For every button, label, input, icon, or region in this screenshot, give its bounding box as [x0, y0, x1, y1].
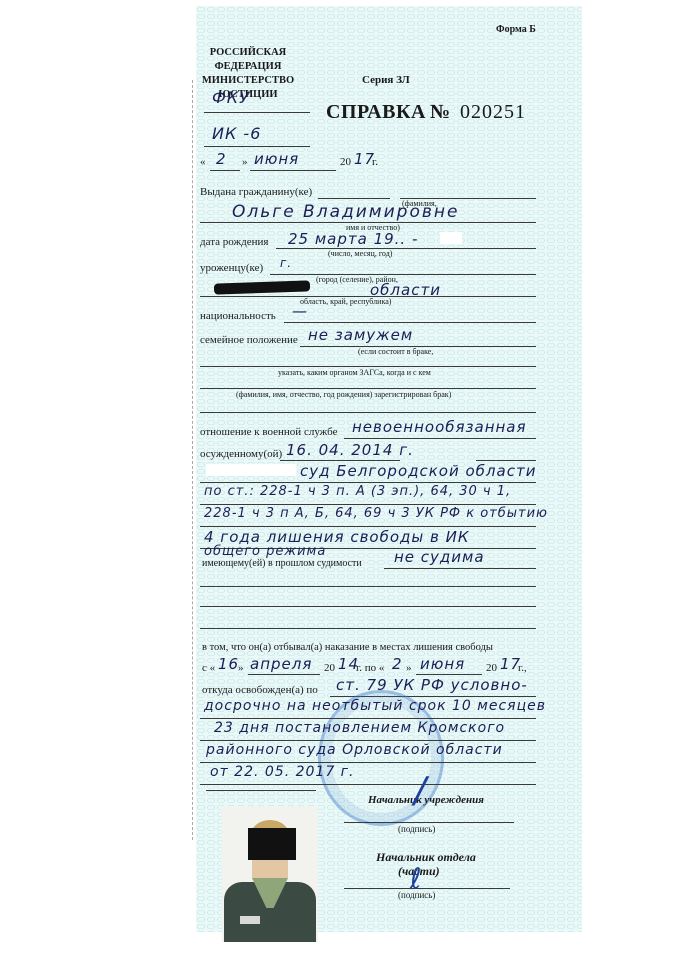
- release-line: 23 дня постановлением Кромского: [214, 720, 505, 736]
- certificate-number: 020251: [460, 101, 526, 124]
- face-redaction: [248, 828, 296, 860]
- underline: [250, 170, 336, 171]
- quote-close: »: [238, 662, 244, 674]
- marital-value: не замужем: [308, 326, 413, 344]
- spouse-hint: (фамилия, имя, отчество, год рождения) з…: [236, 390, 451, 399]
- redaction-white: [206, 464, 296, 476]
- issue-day: 2: [216, 150, 227, 168]
- served-label: в том, что он(а) отбывал(а) наказание в …: [202, 642, 493, 653]
- underline: [210, 170, 240, 171]
- signature-line: [344, 822, 514, 823]
- native-value: г.: [280, 256, 292, 270]
- nationality-label: национальность: [200, 310, 276, 322]
- underline: [200, 784, 536, 785]
- underline: [200, 718, 536, 719]
- prior-value: не судима: [394, 548, 485, 566]
- release-line: районного суда Орловской области: [206, 742, 503, 758]
- military-value: невоеннообязанная: [352, 418, 527, 436]
- photo: [222, 806, 318, 942]
- year-unit: г.: [372, 156, 378, 168]
- year-prefix: 20: [324, 662, 335, 674]
- year-unit: г.,: [518, 662, 527, 674]
- nationality-value: —: [292, 302, 308, 320]
- quote-close: »: [406, 662, 412, 674]
- redaction-white: [440, 232, 462, 244]
- military-label: отношение к военной службе: [200, 426, 337, 438]
- underline: [284, 322, 536, 323]
- sentence-line: по ст.: 228-1 ч 3 п. А (3 эп.), 64, 30 ч…: [204, 484, 511, 499]
- underline: [206, 790, 316, 791]
- served-from-prefix: с «: [202, 662, 215, 674]
- underline: [200, 366, 536, 367]
- served-to-day: 2: [392, 655, 403, 673]
- quote-close: »: [242, 156, 248, 168]
- underline: [248, 674, 320, 675]
- underline: [476, 460, 536, 461]
- form-label: Форма Б: [496, 24, 536, 35]
- zags-hint: указать, каким органом ЗАГСа, когда и с …: [278, 368, 431, 377]
- number-sign: №: [430, 101, 451, 124]
- underline: [280, 460, 400, 461]
- issue-month: июня: [254, 150, 299, 168]
- underline: [200, 504, 536, 505]
- marital-label: семейное положение: [200, 334, 298, 346]
- issued-to-label: Выдана гражданину(ке): [200, 186, 312, 198]
- institution-line-2: ИК -6: [212, 124, 261, 143]
- underline: [416, 674, 482, 675]
- marital-hint: (если состоит в браке,: [358, 347, 433, 356]
- underline: [200, 482, 536, 483]
- birth-hint: (число, месяц, год): [328, 249, 392, 258]
- region-hint: область, край, республика): [300, 297, 391, 306]
- quote-open: «: [200, 156, 206, 168]
- served-to-prefix: г. по «: [356, 662, 384, 674]
- underline: [276, 248, 536, 249]
- sentence-line: 228-1 ч 3 п А, Б, 64, 69 ч 3 УК РФ к отб…: [204, 506, 548, 521]
- underline: [200, 628, 536, 629]
- sentence-line: общего режима: [204, 544, 326, 559]
- signature-mark: /: [414, 770, 426, 811]
- year-prefix: 20: [486, 662, 497, 674]
- release-label: откуда освобожден(а) по: [202, 684, 318, 696]
- series-label: Серия ЗЛ: [362, 74, 410, 86]
- underline: [200, 606, 536, 607]
- photo-badge: [240, 916, 260, 924]
- underline: [200, 388, 536, 389]
- native-label: уроженцу(ке): [200, 262, 263, 274]
- sentence-line: суд Белгородской области: [300, 462, 536, 480]
- underline: [200, 586, 536, 587]
- release-line: досрочно на неотбытый срок 10 месяцев: [204, 698, 546, 714]
- served-from-day: 16: [218, 655, 239, 673]
- served-from-month: апреля: [250, 655, 312, 673]
- underline: [318, 198, 390, 199]
- underline: [204, 146, 310, 147]
- underline: [200, 762, 536, 763]
- header-line: МИНИСТЕРСТВО: [198, 74, 298, 88]
- left-edge-border: [192, 80, 194, 840]
- birth-value: 25 марта 19.. -: [288, 230, 418, 248]
- header-line: РОССИЙСКАЯ: [198, 46, 298, 60]
- underline: [204, 112, 310, 113]
- birth-label: дата рождения: [200, 236, 268, 248]
- served-to-month: июня: [420, 655, 465, 673]
- prior-label: имеющему(ей) в прошлом судимости: [202, 558, 362, 569]
- underline: [200, 526, 536, 527]
- underline: [200, 740, 536, 741]
- underline: [200, 412, 536, 413]
- institution-line-1: ФКУ: [212, 88, 250, 107]
- underline: [384, 568, 536, 569]
- release-line: от 22. 05. 2017 г.: [210, 764, 355, 780]
- underline: [270, 274, 536, 275]
- header-line: ФЕДЕРАЦИЯ: [198, 60, 298, 74]
- signature-hint: (подпись): [398, 890, 435, 900]
- signature-line: [344, 888, 510, 889]
- signature-hint: (подпись): [398, 824, 435, 834]
- certificate-title: СПРАВКА: [326, 101, 426, 124]
- underline: [344, 438, 536, 439]
- year-prefix: 20: [340, 156, 351, 168]
- name-value: Ольге Владимировне: [232, 202, 459, 222]
- convicted-label: осужденному(ой): [200, 448, 282, 460]
- convicted-value: 16. 04. 2014 г.: [286, 441, 414, 459]
- head-department-label: Начальник отдела: [376, 850, 476, 865]
